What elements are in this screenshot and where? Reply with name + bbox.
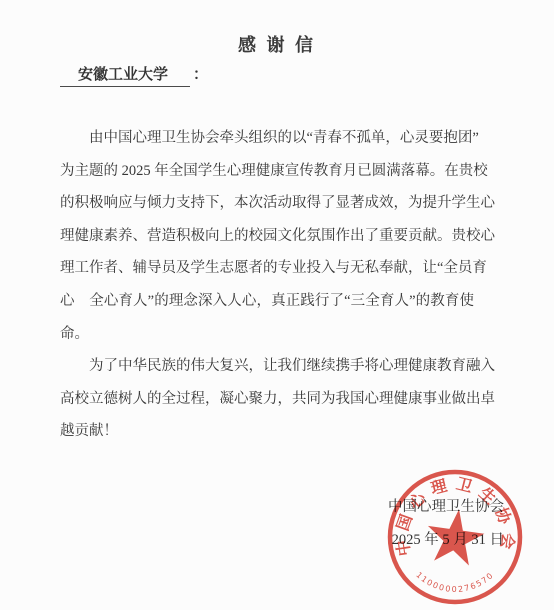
recipient-colon: ： bbox=[193, 67, 208, 83]
body-line: 理工作者、辅导员及学生志愿者的专业投入与无私奉献，让“全员育 bbox=[60, 252, 474, 285]
letter-page: 感 谢 信 安徽工业大学： 由中国心理卫生协会牵头组织的以“青春不孤单，心灵要抱… bbox=[0, 0, 554, 610]
body-line: 越贡献！ bbox=[60, 415, 474, 448]
body-line: 的积极响应与倾力支持下，本次活动取得了显著成效，为提升学生心 bbox=[60, 187, 474, 220]
recipient-line: 安徽工业大学： bbox=[60, 63, 208, 87]
official-seal: 中国心理卫生协会 1100000276570 bbox=[385, 467, 525, 607]
letter-title: 感 谢 信 bbox=[0, 31, 554, 57]
body-line: 心 全心育人”的理念深入人心，真正践行了“三全育人”的教育使 bbox=[60, 285, 474, 318]
seal-serial-number: 1100000276570 bbox=[414, 570, 495, 594]
body-line: 由中国心理卫生协会牵头组织的以“青春不孤单，心灵要抱团” bbox=[60, 122, 474, 155]
letter-body: 由中国心理卫生协会牵头组织的以“青春不孤单，心灵要抱团” 为主题的 2025 年… bbox=[60, 122, 474, 448]
body-line: 为了中华民族的伟大复兴，让我们继续携手将心理健康教育融入 bbox=[60, 350, 474, 383]
body-line: 高校立德树人的全过程，凝心聚力，共同为我国心理健康事业做出卓 bbox=[60, 383, 474, 416]
body-line: 理健康素养、营造积极向上的校园文化氛围作出了重要贡献。贵校心 bbox=[60, 220, 474, 253]
recipient-name: 安徽工业大学 bbox=[60, 63, 190, 87]
body-line: 命。 bbox=[60, 318, 474, 351]
seal-star-icon bbox=[423, 505, 487, 567]
body-line: 为主题的 2025 年全国学生心理健康宣传教育月已圆满落幕。在贵校 bbox=[60, 155, 474, 188]
